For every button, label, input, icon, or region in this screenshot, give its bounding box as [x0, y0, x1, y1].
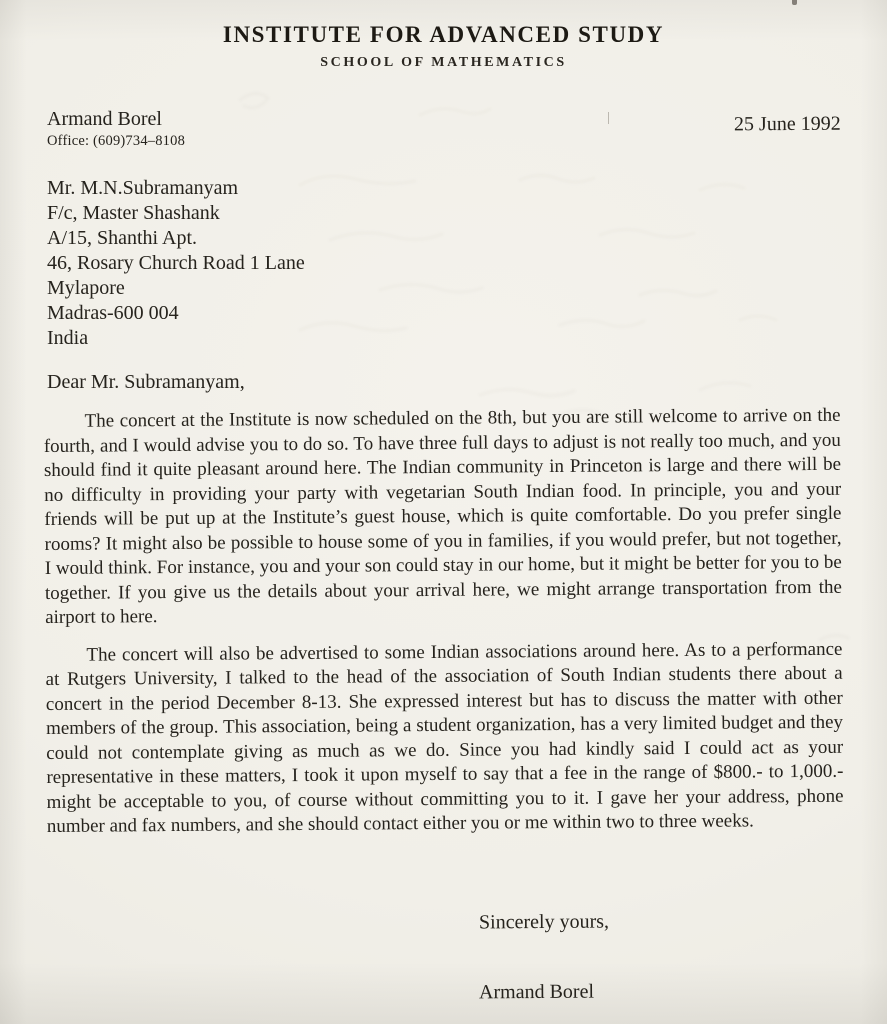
address-line: Mr. M.N.Subramanyam [47, 176, 305, 201]
signature-name: Armand Borel [479, 981, 594, 1005]
institution-name: INSTITUTE FOR ADVANCED STUDY [0, 22, 887, 48]
sender-and-date-row: Armand Borel Office: (609)734–8108 25 Ju… [47, 108, 841, 150]
address-line: Madras-600 004 [47, 301, 305, 326]
letter-body: The concert at the Institute is now sche… [44, 404, 844, 853]
letter-page: INSTITUTE FOR ADVANCED STUDY SCHOOL OF M… [0, 0, 887, 1024]
address-line: F/c, Master Shashank [47, 201, 305, 226]
salutation: Dear Mr. Subramanyam, [47, 371, 245, 394]
letterhead: INSTITUTE FOR ADVANCED STUDY SCHOOL OF M… [0, 22, 887, 71]
address-line: Mylapore [47, 276, 305, 301]
recipient-address-block: Mr. M.N.Subramanyam F/c, Master Shashank… [47, 176, 305, 351]
scan-artifact-speck [792, 0, 797, 5]
address-line: 46, Rosary Church Road 1 Lane [47, 251, 305, 276]
valediction: Sincerely yours, [479, 911, 609, 935]
sender-name: Armand Borel [47, 108, 185, 131]
address-line: A/15, Shanthi Apt. [47, 226, 305, 251]
letter-date: 25 June 1992 [734, 108, 841, 137]
sender-block: Armand Borel Office: (609)734–8108 [47, 108, 185, 150]
body-paragraph-1: The concert at the Institute is now sche… [44, 404, 843, 631]
department-name: SCHOOL OF MATHEMATICS [0, 55, 887, 71]
address-line: India [47, 326, 305, 351]
sender-office-phone: Office: (609)734–8108 [47, 133, 185, 150]
body-paragraph-2: The concert will also be advertised to s… [45, 637, 844, 839]
